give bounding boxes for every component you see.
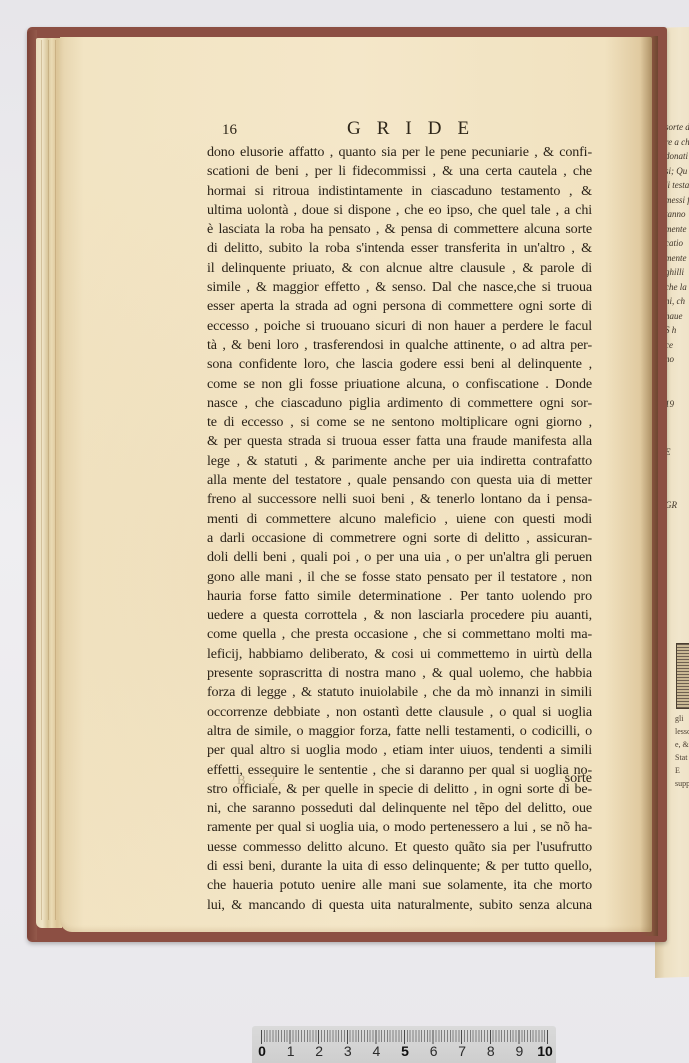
facing-mark: GR (665, 498, 689, 513)
catchword: sorte (565, 770, 592, 787)
ruler-label: 4 (372, 1043, 380, 1059)
facing-line: no (665, 352, 689, 367)
text-line: come se non gli fosse priuatione alcuna,… (207, 375, 592, 394)
scale-ruler: 0 1 2 3 4 5 6 7 8 9 10 (252, 1026, 556, 1063)
text-line: che haueria potuto uenire alle mani sue … (207, 876, 592, 895)
text-line: lege , & statuti , & parimente anche per… (207, 452, 592, 471)
body-text: dono elusorie affatto , quanto sia per l… (207, 143, 592, 915)
page-footer: B 2 sorte (207, 770, 592, 790)
facing-line: catio (665, 236, 689, 251)
facing-line: ni, ch (665, 294, 689, 309)
ruler-label: 1 (287, 1043, 295, 1059)
text-line: freno al successore nelli suoi beni , & … (207, 490, 592, 509)
facing-line: haue (665, 309, 689, 324)
text-line: di delitto, subito la roba s'intenda ess… (207, 239, 592, 258)
ruler-label: 10 (537, 1043, 553, 1059)
ruler-major-ticks (261, 1030, 548, 1044)
facing-mark: E (665, 445, 689, 460)
text-line: sona confidente loro, che lascia godere … (207, 355, 592, 374)
text-line: alla mente del testatore , quale pensand… (207, 471, 592, 490)
ruler-label: 7 (458, 1043, 466, 1059)
facing-line: gli (675, 712, 689, 725)
text-line: altra de simile, o maggior forza, fatte … (207, 722, 592, 741)
text-line: ultima uolontà , doue si dispone , che e… (207, 201, 592, 220)
gutter-shadow (640, 36, 658, 936)
text-line: hauria forse fatto simile determinatione… (207, 587, 592, 606)
page-number: 16 (222, 122, 237, 139)
text-line: te di eccesso , si come se ne sentono mo… (207, 413, 592, 432)
facing-line: lesso (675, 725, 689, 738)
facing-line: e, & (675, 738, 689, 751)
text-line: simile , & maggior effetto , & senso. Da… (207, 278, 592, 297)
facing-page-text: sorte d re a chi donati si; Qu li testa … (665, 120, 689, 512)
text-line: a darli occasione di commetrere ogni sor… (207, 529, 592, 548)
facing-line: sorte d (665, 120, 689, 135)
text-line: uedere a questa corrottela , & non lasci… (207, 606, 592, 625)
facing-line: tanno (665, 207, 689, 222)
page-stack-edges (36, 38, 62, 928)
facing-line: supp (675, 777, 689, 790)
facing-line: si; Qu (665, 164, 689, 179)
text-line: leficij, habbiamo deliberato, & cosi ui … (207, 645, 592, 664)
running-title: GRIDE (347, 118, 485, 140)
facing-line: messi f (665, 193, 689, 208)
facing-line: mente (665, 251, 689, 266)
facing-line: mente (665, 222, 689, 237)
text-line: dono elusorie affatto , quanto sia per l… (207, 143, 592, 162)
facing-mark: 19 (665, 397, 689, 412)
text-line: scationi de beni , per li fidecommissi ,… (207, 162, 592, 181)
text-line: esser aperta la strada ad ogni persona d… (207, 297, 592, 316)
facing-line: re a chi (665, 135, 689, 150)
text-line: uesse commesso delitto alcuno. Et questo… (207, 838, 592, 857)
facing-line: li testa (665, 178, 689, 193)
text-line: doli delli beni , quali poi , o per una … (207, 548, 592, 567)
text-line: nasce , che ciascaduno piglia ardimento … (207, 394, 592, 413)
text-line: ramente per qual si uoglia uia, o modo p… (207, 818, 592, 837)
facing-line: Stat E (675, 751, 689, 777)
ruler-label: 2 (315, 1043, 323, 1059)
facing-line: S h (665, 323, 689, 338)
text-line: hormai si ritroua indistintamente in cia… (207, 182, 592, 201)
ruler-labels: 0 1 2 3 4 5 6 7 8 9 10 (252, 1043, 556, 1061)
text-line: il delinquente priuato, & con alcnue alt… (207, 259, 592, 278)
text-line: come quella , che presta occasione , che… (207, 625, 592, 644)
facing-line: che la (665, 280, 689, 295)
text-line: ni, che saranno posseduti dal delinquent… (207, 799, 592, 818)
facing-line: ghilli (665, 265, 689, 280)
text-line: di essi beni, durante la uita di esso de… (207, 857, 592, 876)
running-head: 16 GRIDE (222, 118, 612, 142)
ruler-label: 0 (258, 1043, 266, 1059)
facing-line: donati (665, 149, 689, 164)
facing-line: ce (665, 338, 689, 353)
ruler-label: 6 (430, 1043, 438, 1059)
ruler-label: 9 (515, 1043, 523, 1059)
text-line: menti di commettere alcuno maleficio , u… (207, 510, 592, 529)
text-line: lui, & mancando di questa uita naturalme… (207, 896, 592, 915)
ruler-label: 5 (401, 1043, 409, 1059)
text-line: tà , & beni loro , trasferendosi in qual… (207, 336, 592, 355)
text-line: & per questa strada si truoua esser fatt… (207, 432, 592, 451)
ruler-label: 3 (344, 1043, 352, 1059)
text-line: è lasciata la roba ha pensato , & pensa … (207, 220, 592, 239)
text-line: forza di legge , & statuto inuiolabile ,… (207, 683, 592, 702)
text-line: eccesso , poiche si truouano sicuri di n… (207, 317, 592, 336)
signature-mark: B 2 (237, 772, 285, 788)
text-line: presente soprascritta di nostra mano , &… (207, 664, 592, 683)
text-line: per qual altro si uoglia modo , etiam in… (207, 741, 592, 760)
ruler-label: 8 (487, 1043, 495, 1059)
page-edge-line (55, 40, 56, 920)
text-line: gono alle mani , il che se fosse stato p… (207, 568, 592, 587)
facing-page-lower-text: gli lesso e, & Stat E supp (675, 712, 689, 790)
facing-woodcut-ornament (676, 643, 689, 709)
text-line: occorrenze debbiate , non ostantì dette … (207, 703, 592, 722)
page-edge-line (48, 40, 49, 920)
page-edge-line (41, 40, 42, 920)
